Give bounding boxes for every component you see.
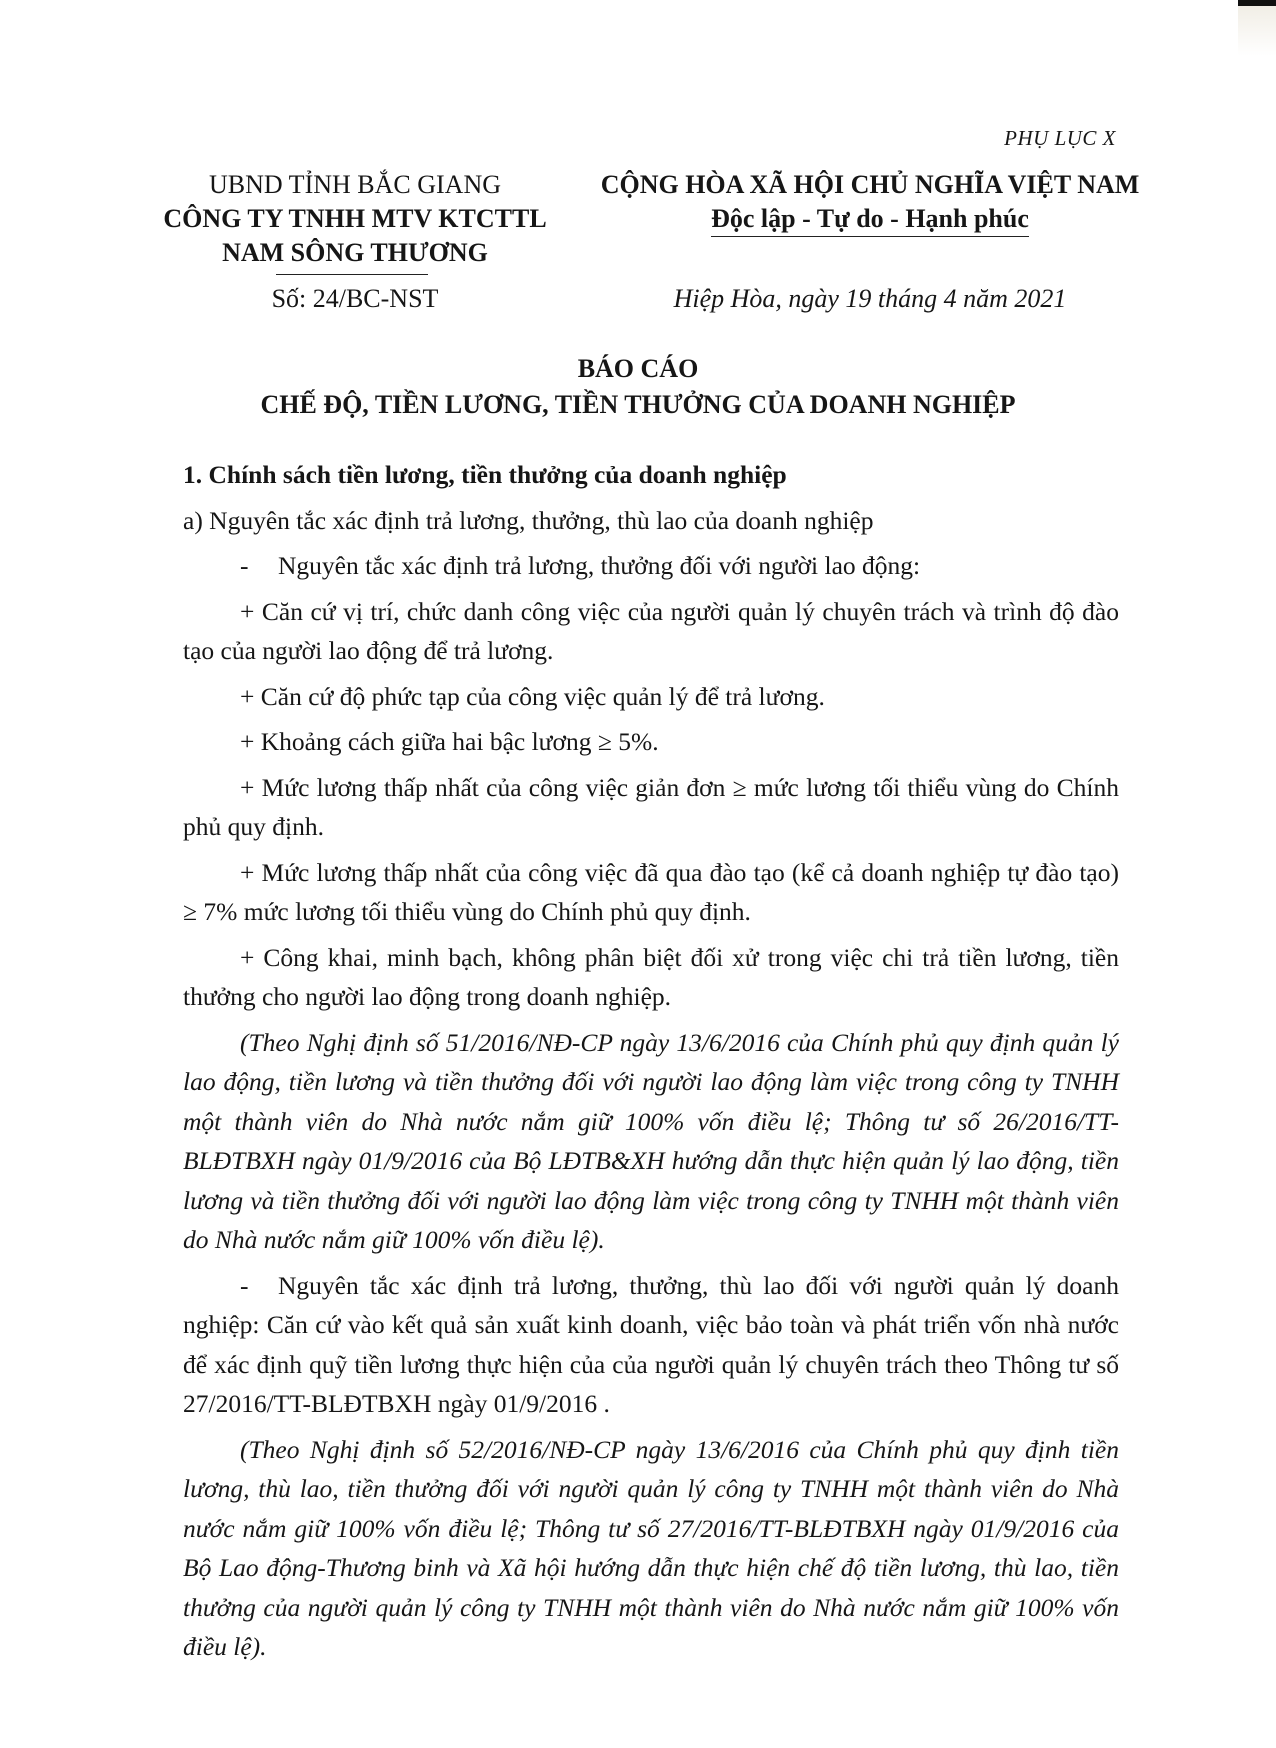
company-name-line1: CÔNG TY TNHH MTV KTCTTL — [120, 204, 590, 234]
dash-item-managers: -Nguyên tắc xác định trả lương, thưởng, … — [183, 1266, 1119, 1424]
national-motto: Độc lập - Tự do - Hạnh phúc — [580, 204, 1160, 234]
document-subtitle: CHẾ ĐỘ, TIỀN LƯƠNG, TIỀN THƯỞNG CỦA DOAN… — [0, 390, 1276, 420]
appendix-label: PHỤ LỤC X — [1004, 126, 1116, 151]
bullet-item: + Căn cứ độ phức tạp của công việc quản … — [183, 677, 1119, 717]
dash-marker: - — [240, 1266, 278, 1306]
bullet-item: + Mức lương thấp nhất của công việc giản… — [183, 768, 1119, 847]
dash-item-employees: -Nguyên tắc xác định trả lương, thưởng đ… — [183, 546, 1119, 586]
bullet-item: + Khoảng cách giữa hai bậc lương ≥ 5%. — [183, 722, 1119, 762]
legal-citation: (Theo Nghị định số 51/2016/NĐ-CP ngày 13… — [183, 1023, 1119, 1260]
dash-item-text: Nguyên tắc xác định trả lương, thưởng, t… — [183, 1271, 1119, 1419]
dash-marker: - — [240, 546, 278, 586]
scan-edge-shade — [1238, 6, 1276, 56]
section-heading: 1. Chính sách tiền lương, tiền thưởng củ… — [183, 455, 1119, 495]
dash-item-text: Nguyên tắc xác định trả lương, thưởng đố… — [278, 551, 920, 580]
national-title: CỘNG HÒA XÃ HỘI CHỦ NGHĨA VIỆT NAM — [580, 170, 1160, 200]
legal-citation: (Theo Nghị định số 52/2016/NĐ-CP ngày 13… — [183, 1430, 1119, 1667]
header-divider — [276, 274, 428, 275]
document-body: 1. Chính sách tiền lương, tiền thưởng củ… — [183, 455, 1119, 1673]
bullet-item: + Công khai, minh bạch, không phân biệt … — [183, 938, 1119, 1017]
document-title: BÁO CÁO — [0, 354, 1276, 384]
bullet-item: + Mức lương thấp nhất của công việc đã q… — [183, 853, 1119, 932]
national-motto-text: Độc lập - Tự do - Hạnh phúc — [711, 204, 1029, 237]
subsection-a: a) Nguyên tắc xác định trả lương, thưởng… — [183, 501, 1119, 541]
issuing-agency: UBND TỈNH BẮC GIANG — [120, 170, 590, 200]
bullet-item: + Căn cứ vị trí, chức danh công việc của… — [183, 592, 1119, 671]
place-and-date: Hiệp Hòa, ngày 19 tháng 4 năm 2021 — [580, 284, 1160, 314]
document-number: Số: 24/BC-NST — [120, 284, 590, 314]
company-name-line2: NAM SÔNG THƯƠNG — [120, 238, 590, 268]
